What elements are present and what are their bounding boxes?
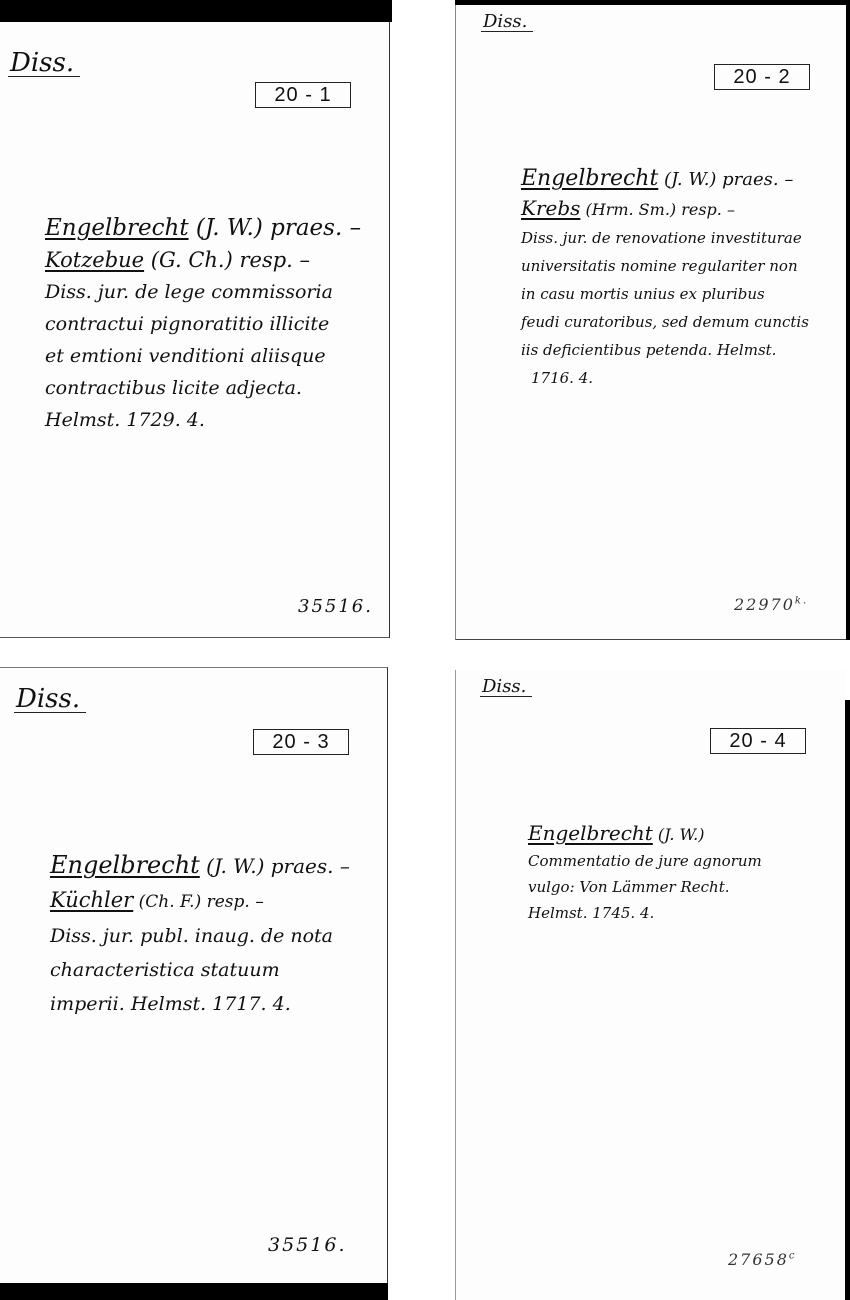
entry-line-1: Engelbrecht (J. W.) praes. –	[521, 165, 809, 194]
entry-line-5: imperii. Helmst. 1717. 4.	[50, 987, 350, 1021]
accession-suffix: k.	[795, 596, 808, 607]
respondent-name: Krebs	[521, 196, 580, 220]
catalog-card-20-1: Diss. 20 - 1 Engelbrecht (J. W.) praes. …	[0, 22, 390, 638]
praeses-name: Engelbrecht	[45, 215, 189, 241]
praeses-name: Engelbrecht	[50, 851, 200, 879]
catalog-card-20-4: Diss. 20 - 4 Engelbrecht (J. W.) Comment…	[455, 670, 845, 1300]
entry-line-4: universitatis nomine regulariter non	[521, 252, 809, 280]
card-number-box: 20 - 1	[255, 82, 351, 108]
accession-number: 27658c	[728, 1250, 797, 1269]
praeses-initials: (J. W.) praes. –	[200, 854, 350, 878]
card-header-diss: Diss.	[480, 678, 532, 697]
accession-number: 35516.	[268, 1234, 346, 1256]
scan-border-top-left	[0, 0, 392, 22]
card-header-diss: Diss.	[14, 686, 86, 713]
accession-digits: 22970	[734, 595, 795, 614]
card-header-diss: Diss.	[481, 13, 533, 32]
praeses-initials: (J. W.) praes. –	[658, 169, 793, 190]
scan-border-right-upper	[846, 0, 850, 640]
accession-digits: 27658	[728, 1250, 789, 1269]
card-entry-text: Engelbrecht (J. W.) praes. – Kotzebue (G…	[45, 212, 361, 436]
card-number-box: 20 - 4	[710, 728, 806, 754]
entry-line-3: Diss. jur. de lege commissoria	[45, 276, 361, 308]
entry-line-7: Helmst. 1729. 4.	[45, 404, 361, 436]
entry-line-6: contractibus licite adjecta.	[45, 372, 361, 404]
respondent-initials: (Hrm. Sm.) resp. –	[580, 200, 735, 219]
entry-line-4: contractui pignoratitio illicite	[45, 308, 361, 340]
entry-line-3: vulgo: Von Lämmer Recht.	[528, 874, 762, 900]
scan-border-right-lower	[845, 700, 850, 1300]
entry-line-2: Commentatio de jure agnorum	[528, 848, 762, 874]
entry-line-6: feudi curatoribus, sed demum cunctis	[521, 308, 809, 336]
praeses-name: Engelbrecht	[521, 166, 658, 191]
accession-number: 22970k.	[734, 595, 808, 614]
entry-line-2: Küchler (Ch. F.) resp. –	[50, 883, 350, 919]
entry-line-4: characteristica statuum	[50, 953, 350, 987]
card-entry-text: Engelbrecht (J. W.) Commentatio de jure …	[528, 820, 762, 926]
scan-border-bottom-left	[0, 1283, 388, 1300]
author-initials: (J. W.)	[653, 825, 705, 844]
respondent-name: Kotzebue	[45, 248, 144, 272]
accession-suffix: c	[789, 1251, 797, 1262]
card-entry-text: Engelbrecht (J. W.) praes. – Küchler (Ch…	[50, 848, 350, 1021]
entry-line-2: Krebs (Hrm. Sm.) resp. –	[521, 194, 809, 224]
card-number-box: 20 - 3	[253, 729, 349, 755]
catalog-card-20-3: Diss. 20 - 3 Engelbrecht (J. W.) praes. …	[0, 667, 388, 1283]
author-name: Engelbrecht	[528, 821, 653, 845]
card-number-box: 20 - 2	[714, 64, 810, 90]
entry-line-5: in casu mortis unius ex pluribus	[521, 280, 809, 308]
entry-line-7: iis deficientibus petenda. Helmst.	[521, 336, 809, 364]
accession-number: 35516.	[298, 596, 373, 617]
entry-line-3: Diss. jur. de renovatione investiturae	[521, 224, 809, 252]
entry-line-1: Engelbrecht (J. W.) praes. –	[50, 848, 350, 883]
entry-line-4: Helmst. 1745. 4.	[528, 900, 762, 926]
respondent-initials: (G. Ch.) resp. –	[144, 248, 310, 272]
card-entry-text: Engelbrecht (J. W.) praes. – Krebs (Hrm.…	[521, 165, 809, 392]
card-header-diss: Diss.	[8, 50, 80, 77]
catalog-card-20-2: Diss. 20 - 2 Engelbrecht (J. W.) praes. …	[455, 5, 846, 640]
respondent-name: Küchler	[50, 888, 133, 912]
respondent-initials: (Ch. F.) resp. –	[133, 892, 264, 912]
entry-line-3: Diss. jur. publ. inaug. de nota	[50, 919, 350, 953]
entry-line-5: et emtioni venditioni aliisque	[45, 340, 361, 372]
entry-line-1: Engelbrecht (J. W.) praes. –	[45, 212, 361, 244]
entry-line-2: Kotzebue (G. Ch.) resp. –	[45, 244, 361, 276]
entry-line-1: Engelbrecht (J. W.)	[528, 820, 762, 848]
entry-line-8: 1716. 4.	[521, 364, 809, 392]
praeses-initials: (J. W.) praes. –	[189, 215, 362, 241]
